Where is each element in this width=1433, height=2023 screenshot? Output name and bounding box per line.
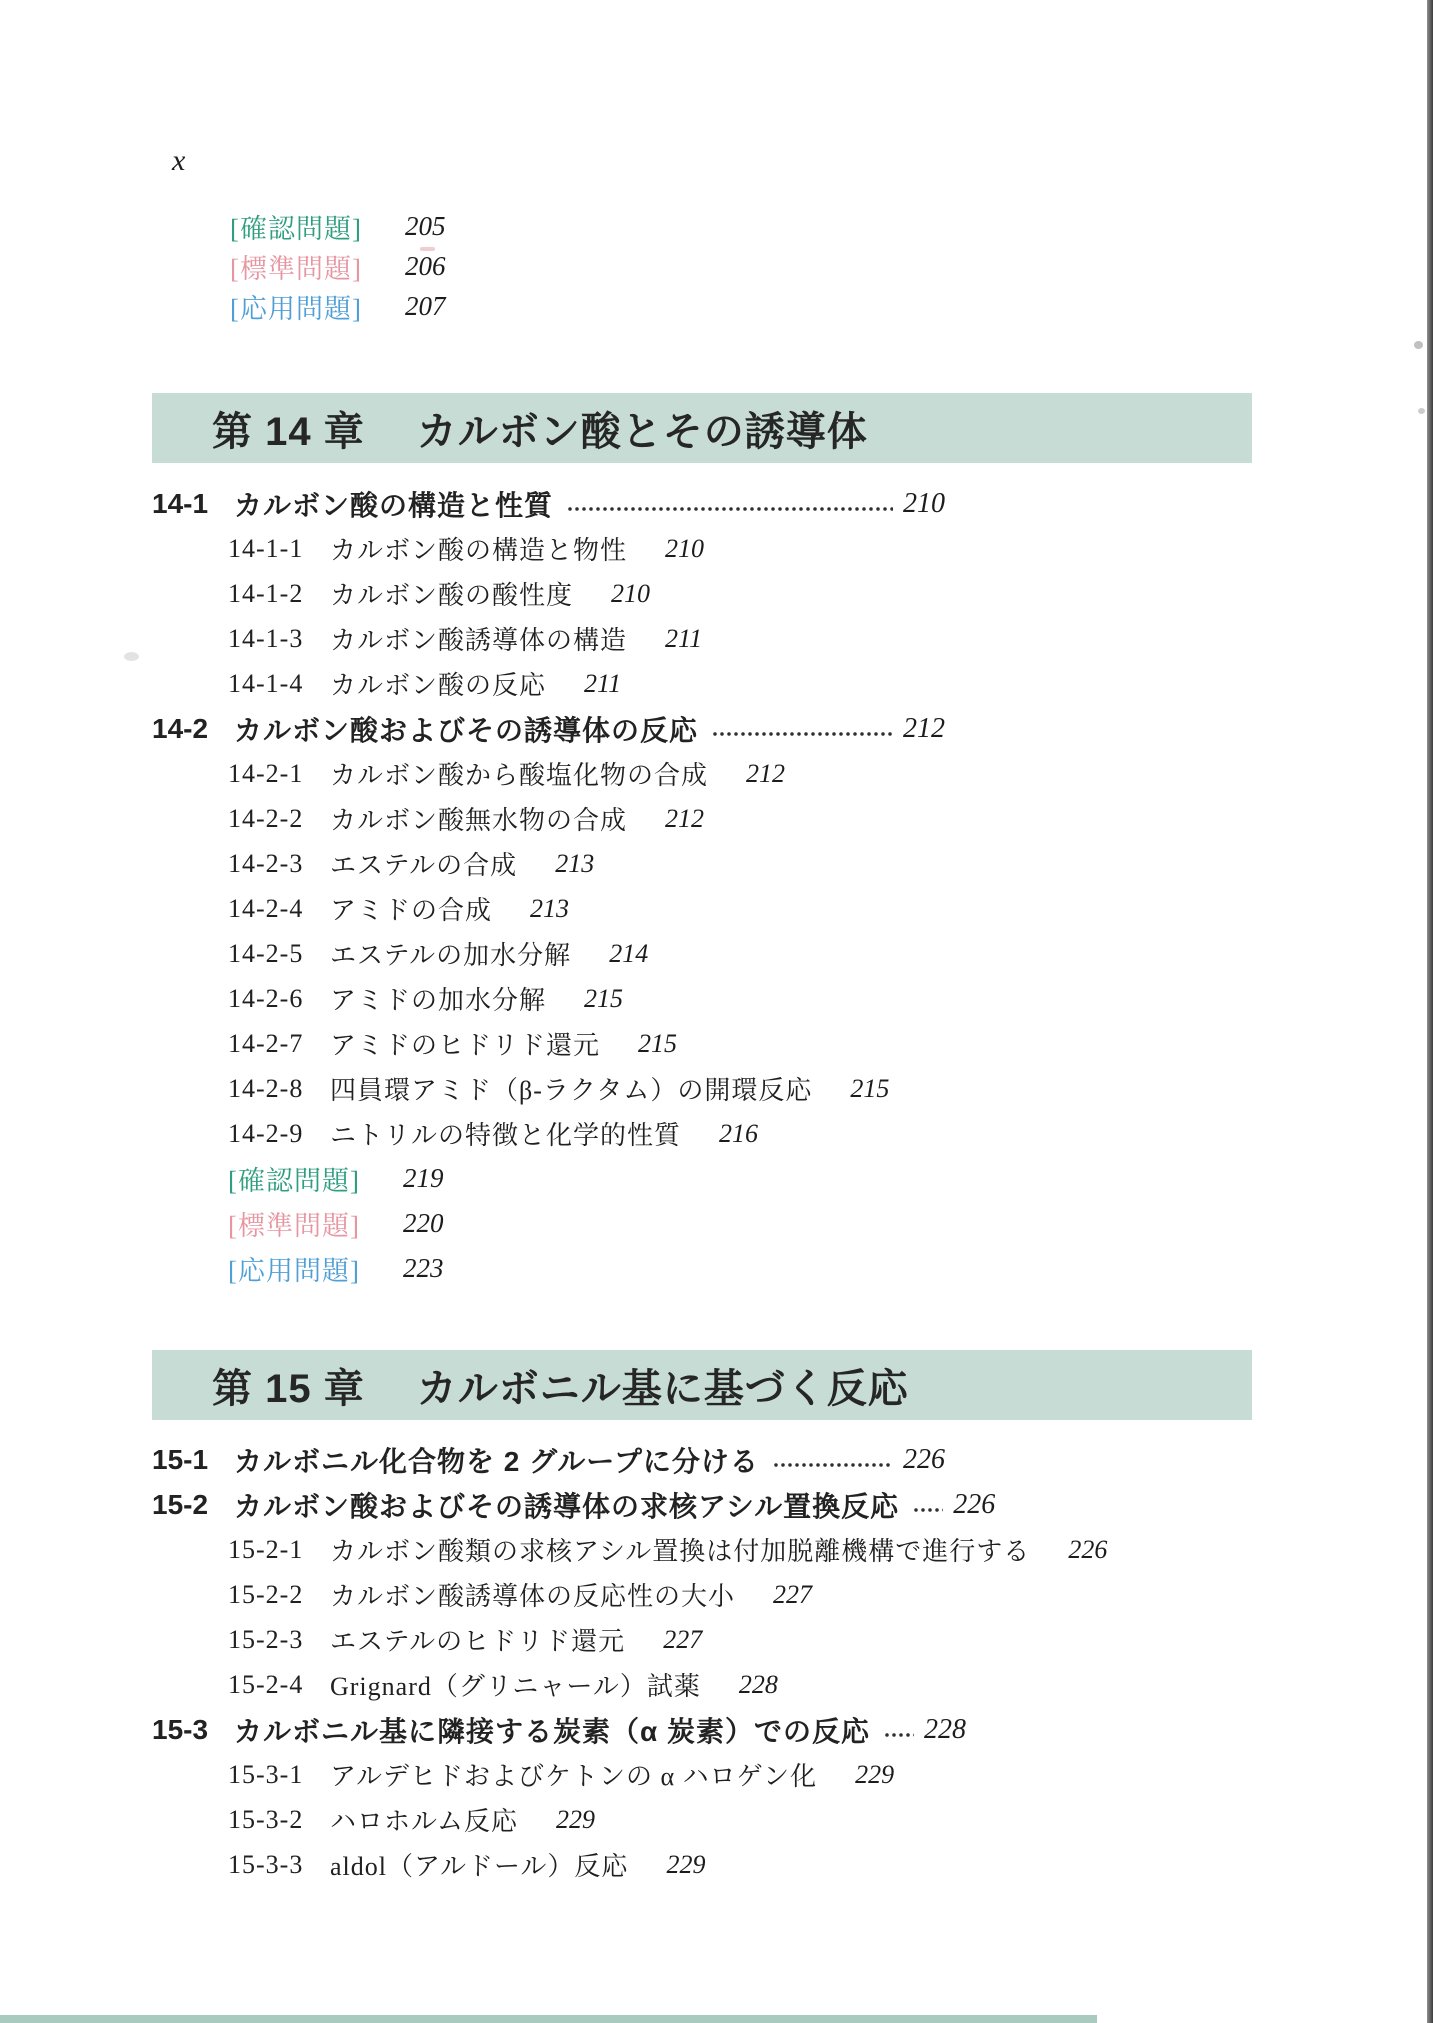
subsection-number: 14-2-1 [228,759,330,789]
subsection-number: 15-2-1 [228,1535,330,1565]
subsection-number: 15-3-3 [228,1850,330,1880]
toc-subsection: 15-3-2 ハロホルム反応 229 [228,1797,945,1842]
subsection-number: 15-2-3 [228,1625,330,1655]
subsection-title: カルボン酸から酸塩化物の合成 [330,755,708,792]
subsection-page-number: 210 [665,534,704,564]
subsection-number: 14-1-2 [228,579,330,609]
subsection-page-number: 213 [530,894,569,924]
toc-problem-item: [確認問題] 219 [228,1156,945,1201]
subsection-title: ハロホルム反応 [330,1801,518,1838]
subsection-title: カルボン酸の反応 [330,665,546,702]
section-number: 15-2 [152,1489,234,1521]
subsection-page-number: 213 [555,849,594,879]
scan-artifact [420,247,435,251]
subsection-page-number: 212 [665,804,704,834]
dot-leader [567,505,893,513]
subsection-page-number: 228 [739,1670,778,1700]
subsection-title: アミドの加水分解 [330,980,546,1017]
section-title: カルボン酸およびその誘導体の求核アシル置換反応 [234,1485,899,1525]
toc-section: 15-1 カルボニル化合物を 2 グループに分ける 226 [152,1437,945,1482]
toc-subsection: 15-3-1 アルデヒドおよびケトンの α ハロゲン化 229 [228,1752,945,1797]
subsection-number: 14-1-1 [228,534,330,564]
subsection-page-number: 215 [850,1074,889,1104]
problem-page-number: 219 [403,1163,444,1194]
scan-artifact-next-band [0,2015,1097,2023]
toc-subsection: 14-2-9 ニトリルの特徴と化学的性質 216 [228,1111,945,1156]
subsection-page-number: 212 [746,759,785,789]
subsection-title: ニトリルの特徴と化学的性質 [330,1115,681,1152]
subsection-title: エステルのヒドリド還元 [330,1621,625,1658]
dot-leader [913,1506,943,1514]
subsection-number: 15-3-1 [228,1760,330,1790]
toc-problem-item: [標準問題] 206 [230,246,446,286]
subsection-number: 14-2-4 [228,894,330,924]
section-title: カルボニル基に隣接する炭素（α 炭素）での反応 [234,1710,870,1750]
toc-section: 15-3 カルボニル基に隣接する炭素（α 炭素）での反応 228 [152,1707,945,1752]
scan-artifact [1418,408,1425,414]
subsection-number: 14-2-8 [228,1074,330,1104]
dot-leader [712,730,893,738]
chapter-title: カルボン酸とその誘導体 [417,400,868,457]
subsection-page-number: 216 [719,1119,758,1149]
subsection-page-number: 211 [584,669,621,699]
subsection-page-number: 229 [666,1850,705,1880]
subsection-number: 15-3-2 [228,1805,330,1835]
section-number: 14-1 [152,488,234,520]
problem-label: [確認問題] [230,207,405,246]
subsection-page-number: 229 [556,1805,595,1835]
subsection-page-number: 215 [584,984,623,1014]
toc-subsection: 15-2-4 Grignard（グリニャール）試薬 228 [228,1662,945,1707]
scanned-toc-page: x [確認問題] 205 [標準問題] 206 [応用問題] 207 第 14 … [0,0,1433,2023]
subsection-number: 14-2-5 [228,939,330,969]
section-page-number: 228 [924,1714,966,1746]
toc-subsection: 14-2-2 カルボン酸無水物の合成 212 [228,796,945,841]
subsection-page-number: 215 [638,1029,677,1059]
subsection-number: 15-2-4 [228,1670,330,1700]
section-title: カルボン酸の構造と性質 [234,484,553,524]
toc-subsection: 15-2-2 カルボン酸誘導体の反応性の大小 227 [228,1572,945,1617]
problem-page-number: 207 [405,291,446,322]
section-page-number: 212 [903,713,945,745]
problem-page-number: 205 [405,211,446,242]
subsection-page-number: 226 [1068,1535,1107,1565]
subsection-title: Grignard（グリニャール）試薬 [330,1666,701,1703]
toc-subsection: 14-1-1 カルボン酸の構造と物性 210 [228,526,945,571]
subsection-number: 14-2-6 [228,984,330,1014]
toc-subsection: 15-2-1 カルボン酸類の求核アシル置換は付加脱離機構で進行する 226 [228,1527,945,1572]
dot-leader [884,1731,914,1739]
toc-subsection: 14-2-3 エステルの合成 213 [228,841,945,886]
subsection-number: 14-2-9 [228,1119,330,1149]
problem-page-number: 223 [403,1253,444,1284]
scan-edge-shadow [1427,0,1433,2023]
problem-page-number: 220 [403,1208,444,1239]
subsection-page-number: 214 [609,939,648,969]
dot-leader [773,1461,893,1469]
subsection-title: アルデヒドおよびケトンの α ハロゲン化 [330,1756,817,1793]
toc-subsection: 14-1-3 カルボン酸誘導体の構造 211 [228,616,945,661]
toc-subsection: 14-1-2 カルボン酸の酸性度 210 [228,571,945,616]
section-number: 15-3 [152,1714,234,1746]
problem-label: [応用問題] [230,287,405,326]
subsection-title: 四員環アミド（β-ラクタム）の開環反応 [330,1070,812,1107]
subsection-title: カルボン酸無水物の合成 [330,800,627,837]
subsection-title: アミドのヒドリド還元 [330,1025,600,1062]
problem-label: [標準問題] [228,1204,403,1243]
section-title: カルボニル化合物を 2 グループに分ける [234,1440,759,1480]
subsection-title: カルボン酸誘導体の反応性の大小 [330,1576,735,1613]
subsection-title: カルボン酸類の求核アシル置換は付加脱離機構で進行する [330,1531,1030,1568]
section-number: 14-2 [152,713,234,745]
subsection-number: 14-2-2 [228,804,330,834]
toc-subsection: 14-1-4 カルボン酸の反応 211 [228,661,945,706]
subsection-number: 14-1-4 [228,669,330,699]
section-page-number: 210 [903,488,945,520]
subsection-title: カルボン酸の酸性度 [330,575,573,612]
chapter-header-band: 第 14 章 カルボン酸とその誘導体 [152,393,1252,463]
toc-subsection: 14-2-1 カルボン酸から酸塩化物の合成 212 [228,751,945,796]
subsection-title: カルボン酸の構造と物性 [330,530,627,567]
problem-label: [応用問題] [228,1249,403,1288]
toc-section: 15-2 カルボン酸およびその誘導体の求核アシル置換反応 226 [152,1482,945,1527]
toc-problem-item: [応用問題] 207 [230,286,446,326]
scan-artifact [1414,341,1423,349]
chapter-header-band: 第 15 章 カルボニル基に基づく反応 [152,1350,1252,1420]
toc-subsection: 14-2-4 アミドの合成 213 [228,886,945,931]
subsection-page-number: 229 [855,1760,894,1790]
subsection-title: エステルの合成 [330,845,517,882]
subsection-title: エステルの加水分解 [330,935,571,972]
subsection-number: 15-2-2 [228,1580,330,1610]
toc-subsection: 15-3-3 aldol（アルドール）反応 229 [228,1842,945,1887]
problem-label: [標準問題] [230,247,405,286]
problem-label: [確認問題] [228,1159,403,1198]
subsection-title: アミドの合成 [330,890,492,927]
section-page-number: 226 [903,1444,945,1476]
subsection-title: aldol（アルドール）反応 [330,1846,628,1883]
section-number: 15-1 [152,1444,234,1476]
toc-problem-item: [確認問題] 205 [230,206,446,246]
subsection-page-number: 211 [665,624,702,654]
section-page-number: 226 [953,1489,995,1521]
chapter-number: 第 14 章 [212,400,365,457]
subsection-page-number: 210 [611,579,650,609]
toc-section: 14-2 カルボン酸およびその誘導体の反応 212 [152,706,945,751]
chapter-number: 第 15 章 [212,1357,365,1414]
toc-section: 14-1 カルボン酸の構造と性質 210 [152,481,945,526]
scan-artifact [124,652,139,661]
subsection-page-number: 227 [773,1580,812,1610]
toc-subsection: 14-2-8 四員環アミド（β-ラクタム）の開環反応 215 [228,1066,945,1111]
subsection-number: 14-1-3 [228,624,330,654]
toc-subsection: 14-2-7 アミドのヒドリド還元 215 [228,1021,945,1066]
toc-subsection: 15-2-3 エステルのヒドリド還元 227 [228,1617,945,1662]
toc-problem-item: [標準問題] 220 [228,1201,945,1246]
toc-subsection: 14-2-6 アミドの加水分解 215 [228,976,945,1021]
subsection-number: 14-2-7 [228,1029,330,1059]
toc-subsection: 14-2-5 エステルの加水分解 214 [228,931,945,976]
subsection-number: 14-2-3 [228,849,330,879]
subsection-title: カルボン酸誘導体の構造 [330,620,627,657]
chapter-14-toc: 14-1 カルボン酸の構造と性質 210 14-1-1 カルボン酸の構造と物性 … [152,481,945,1291]
toc-problem-item: [応用問題] 223 [228,1246,945,1291]
subsection-page-number: 227 [663,1625,702,1655]
chapter-15-toc: 15-1 カルボニル化合物を 2 グループに分ける 226 15-2 カルボン酸… [152,1437,945,1887]
page-folio: x [172,144,185,178]
problem-page-number: 206 [405,251,446,282]
problem-list-top: [確認問題] 205 [標準問題] 206 [応用問題] 207 [230,206,446,326]
chapter-title: カルボニル基に基づく反応 [417,1357,909,1414]
section-title: カルボン酸およびその誘導体の反応 [234,709,698,749]
